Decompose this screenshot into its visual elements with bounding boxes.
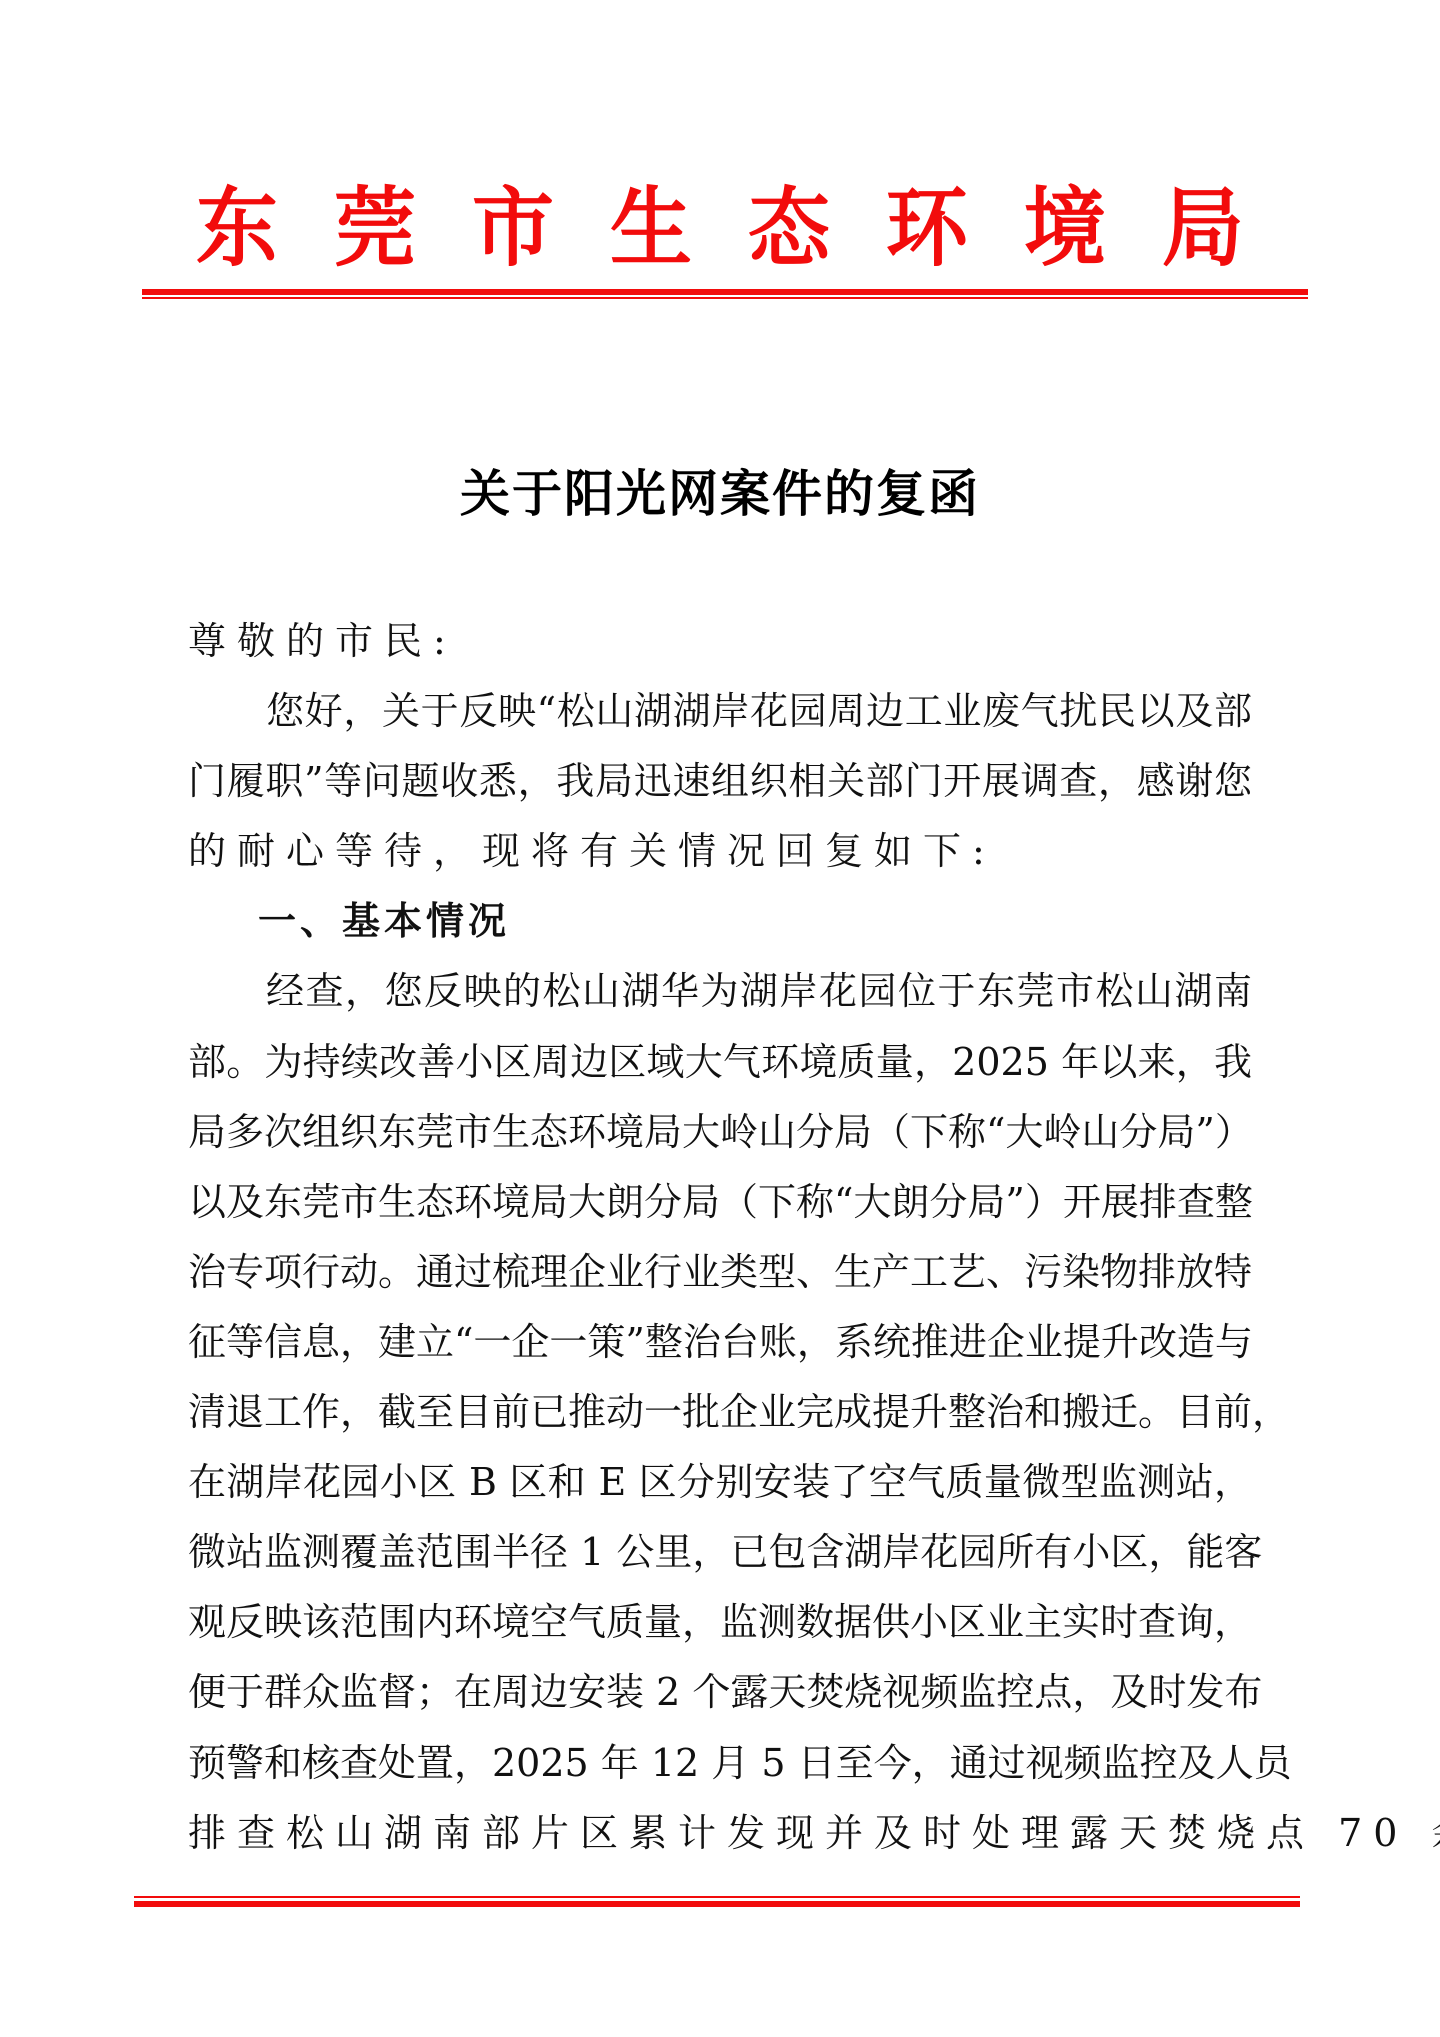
letterhead-char: 生 [610,176,692,281]
letterhead-char: 东 [196,176,278,281]
document-title: 关于阳光网案件的复函 [0,462,1440,526]
letterhead-char: 环 [886,176,968,281]
salutation: 尊敬的市民: [188,615,1252,685]
body-line: 经查，您反映的松山湖华为湖岸花园位于东莞市松山湖南 [188,965,1252,1035]
body-line: 观反映该范围内环境空气质量，监测数据供小区业主实时查询， [188,1596,1252,1666]
letterhead-char: 莞 [334,176,416,281]
body-line: 以及东莞市生态环境局大朗分局（下称“大朗分局”）开展排查整 [188,1176,1252,1246]
body-line: 预警和核查处置，2025 年 12 月 5 日至今，通过视频监控及人员 [188,1737,1252,1807]
letterhead-char: 市 [472,176,554,281]
body-line: 征等信息，建立“一企一策”整治台账，系统推进企业提升改造与 [188,1316,1252,1386]
letterhead-char: 局 [1162,176,1244,281]
body-line: 部。为持续改善小区周边区域大气环境质量，2025 年以来，我 [188,1036,1252,1106]
body-line: 的耐心等待，现将有关情况回复如下: [188,825,1252,895]
letterhead-org-name: 东 莞 市 生 态 环 境 局 [196,178,1244,278]
footer-divider-thin [134,1896,1300,1898]
footer-divider-thick [134,1901,1300,1907]
body-line: 在湖岸花园小区 B 区和 E 区分别安装了空气质量微型监测站， [188,1456,1252,1526]
body-line: 便于群众监督；在周边安装 2 个露天焚烧视频监控点，及时发布 [188,1666,1252,1736]
document-body: 尊敬的市民: 您好，关于反映“松山湖湖岸花园周边工业废气扰民以及部 门履职”等问… [188,615,1252,1877]
letterhead-divider-thick [142,289,1308,295]
section-heading: 一、基本情况 [188,895,1252,965]
body-line: 您好，关于反映“松山湖湖岸花园周边工业废气扰民以及部 [188,685,1252,755]
letterhead-char: 境 [1024,176,1106,281]
letterhead-divider-thin [142,297,1308,299]
body-line: 微站监测覆盖范围半径 1 公里，已包含湖岸花园所有小区，能客 [188,1526,1252,1596]
body-line: 门履职”等问题收悉，我局迅速组织相关部门开展调查，感谢您 [188,755,1252,825]
body-line: 治专项行动。通过梳理企业行业类型、生产工艺、污染物排放特 [188,1246,1252,1316]
letterhead-char: 态 [748,176,830,281]
body-line: 排查松山湖南部片区累计发现并及时处理露天焚烧点 70 余处。 [188,1807,1252,1877]
body-line: 局多次组织东莞市生态环境局大岭山分局（下称“大岭山分局”） [188,1106,1252,1176]
body-line: 清退工作，截至目前已推动一批企业完成提升整治和搬迁。目前， [188,1386,1252,1456]
